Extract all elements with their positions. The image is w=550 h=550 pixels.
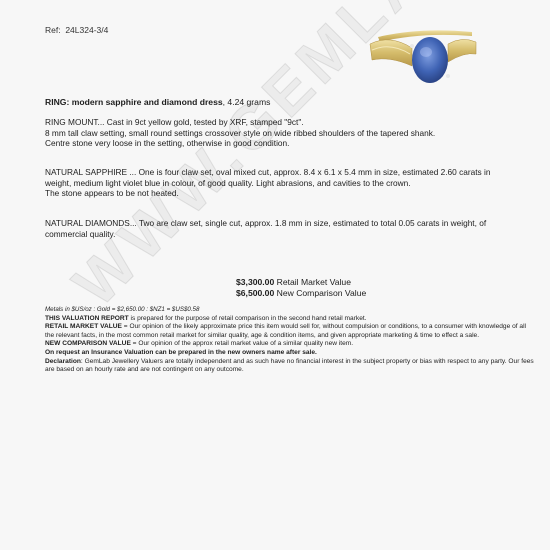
diamonds-line: commercial quality.	[45, 229, 535, 240]
insurance-note: On request an Insurance Valuation can be…	[45, 349, 535, 358]
report-purpose: THIS VALUATION REPORT is prepared for th…	[45, 315, 535, 324]
ring-photo	[360, 22, 480, 92]
retail-definition: RETAIL MARKET VALUE = Our opinion of the…	[45, 323, 535, 340]
retail-market-value: $3,300.00 Retail Market Value	[236, 277, 366, 288]
item-weight: , 4.24 grams	[223, 97, 271, 107]
retail-label: Retail Market Value	[274, 277, 351, 287]
ref-label: Ref:	[45, 25, 61, 35]
new-definition-bold: NEW COMPARISON VALUE	[45, 340, 131, 347]
declaration-bold: Declaration	[45, 358, 81, 365]
sapphire-line: NATURAL SAPPHIRE ... One is four claw se…	[45, 167, 535, 178]
new-amount: $6,500.00	[236, 288, 274, 298]
sapphire-section: NATURAL SAPPHIRE ... One is four claw se…	[45, 167, 535, 199]
item-title-bold: RING: modern sapphire and diamond dress	[45, 97, 223, 107]
sapphire-line: weight, medium light violet blue in colo…	[45, 178, 535, 189]
new-label: New Comparison Value	[274, 288, 366, 298]
new-definition-text: = Our opinion of the approx retail marke…	[131, 340, 353, 347]
fine-print: Metals in $US/oz : Gold = $2,650.00 : $N…	[45, 306, 535, 375]
new-comparison-value: $6,500.00 New Comparison Value	[236, 288, 366, 299]
declaration-text: : GemLab Jewellery Valuers are totally i…	[45, 358, 534, 374]
report-purpose-text: is prepared for the purpose of retail co…	[129, 315, 367, 322]
ring-mount-section: RING MOUNT... Cast in 9ct yellow gold, t…	[45, 117, 535, 149]
valuation-page: WWW.GEMLAB.CO.NZ Ref: 24L324-3/4 RING	[0, 0, 550, 550]
item-title: RING: modern sapphire and diamond dress,…	[45, 97, 535, 108]
ref-value: 24L324-3/4	[65, 25, 108, 35]
diamonds-section: NATURAL DIAMONDS... Two are claw set, si…	[45, 218, 535, 239]
retail-definition-bold: RETAIL MARKET VALUE	[45, 323, 122, 330]
diamonds-line: NATURAL DIAMONDS... Two are claw set, si…	[45, 218, 535, 229]
insurance-note-text: On request an Insurance Valuation can be…	[45, 349, 317, 356]
declaration: Declaration: GemLab Jewellery Valuers ar…	[45, 358, 535, 375]
retail-amount: $3,300.00	[236, 277, 274, 287]
new-definition: NEW COMPARISON VALUE = Our opinion of th…	[45, 340, 535, 349]
metals-rates: Metals in $US/oz : Gold = $2,650.00 : $N…	[45, 306, 535, 315]
mount-line: 8 mm tall claw setting, small round sett…	[45, 128, 535, 139]
reference-number: Ref: 24L324-3/4	[45, 25, 108, 35]
mount-line: RING MOUNT... Cast in 9ct yellow gold, t…	[45, 117, 535, 128]
report-purpose-bold: THIS VALUATION REPORT	[45, 315, 129, 322]
sapphire-line: The stone appears to be not heated.	[45, 188, 535, 199]
mount-line: Centre stone very loose in the setting, …	[45, 138, 535, 149]
valuation-values: $3,300.00 Retail Market Value $6,500.00 …	[236, 277, 366, 299]
